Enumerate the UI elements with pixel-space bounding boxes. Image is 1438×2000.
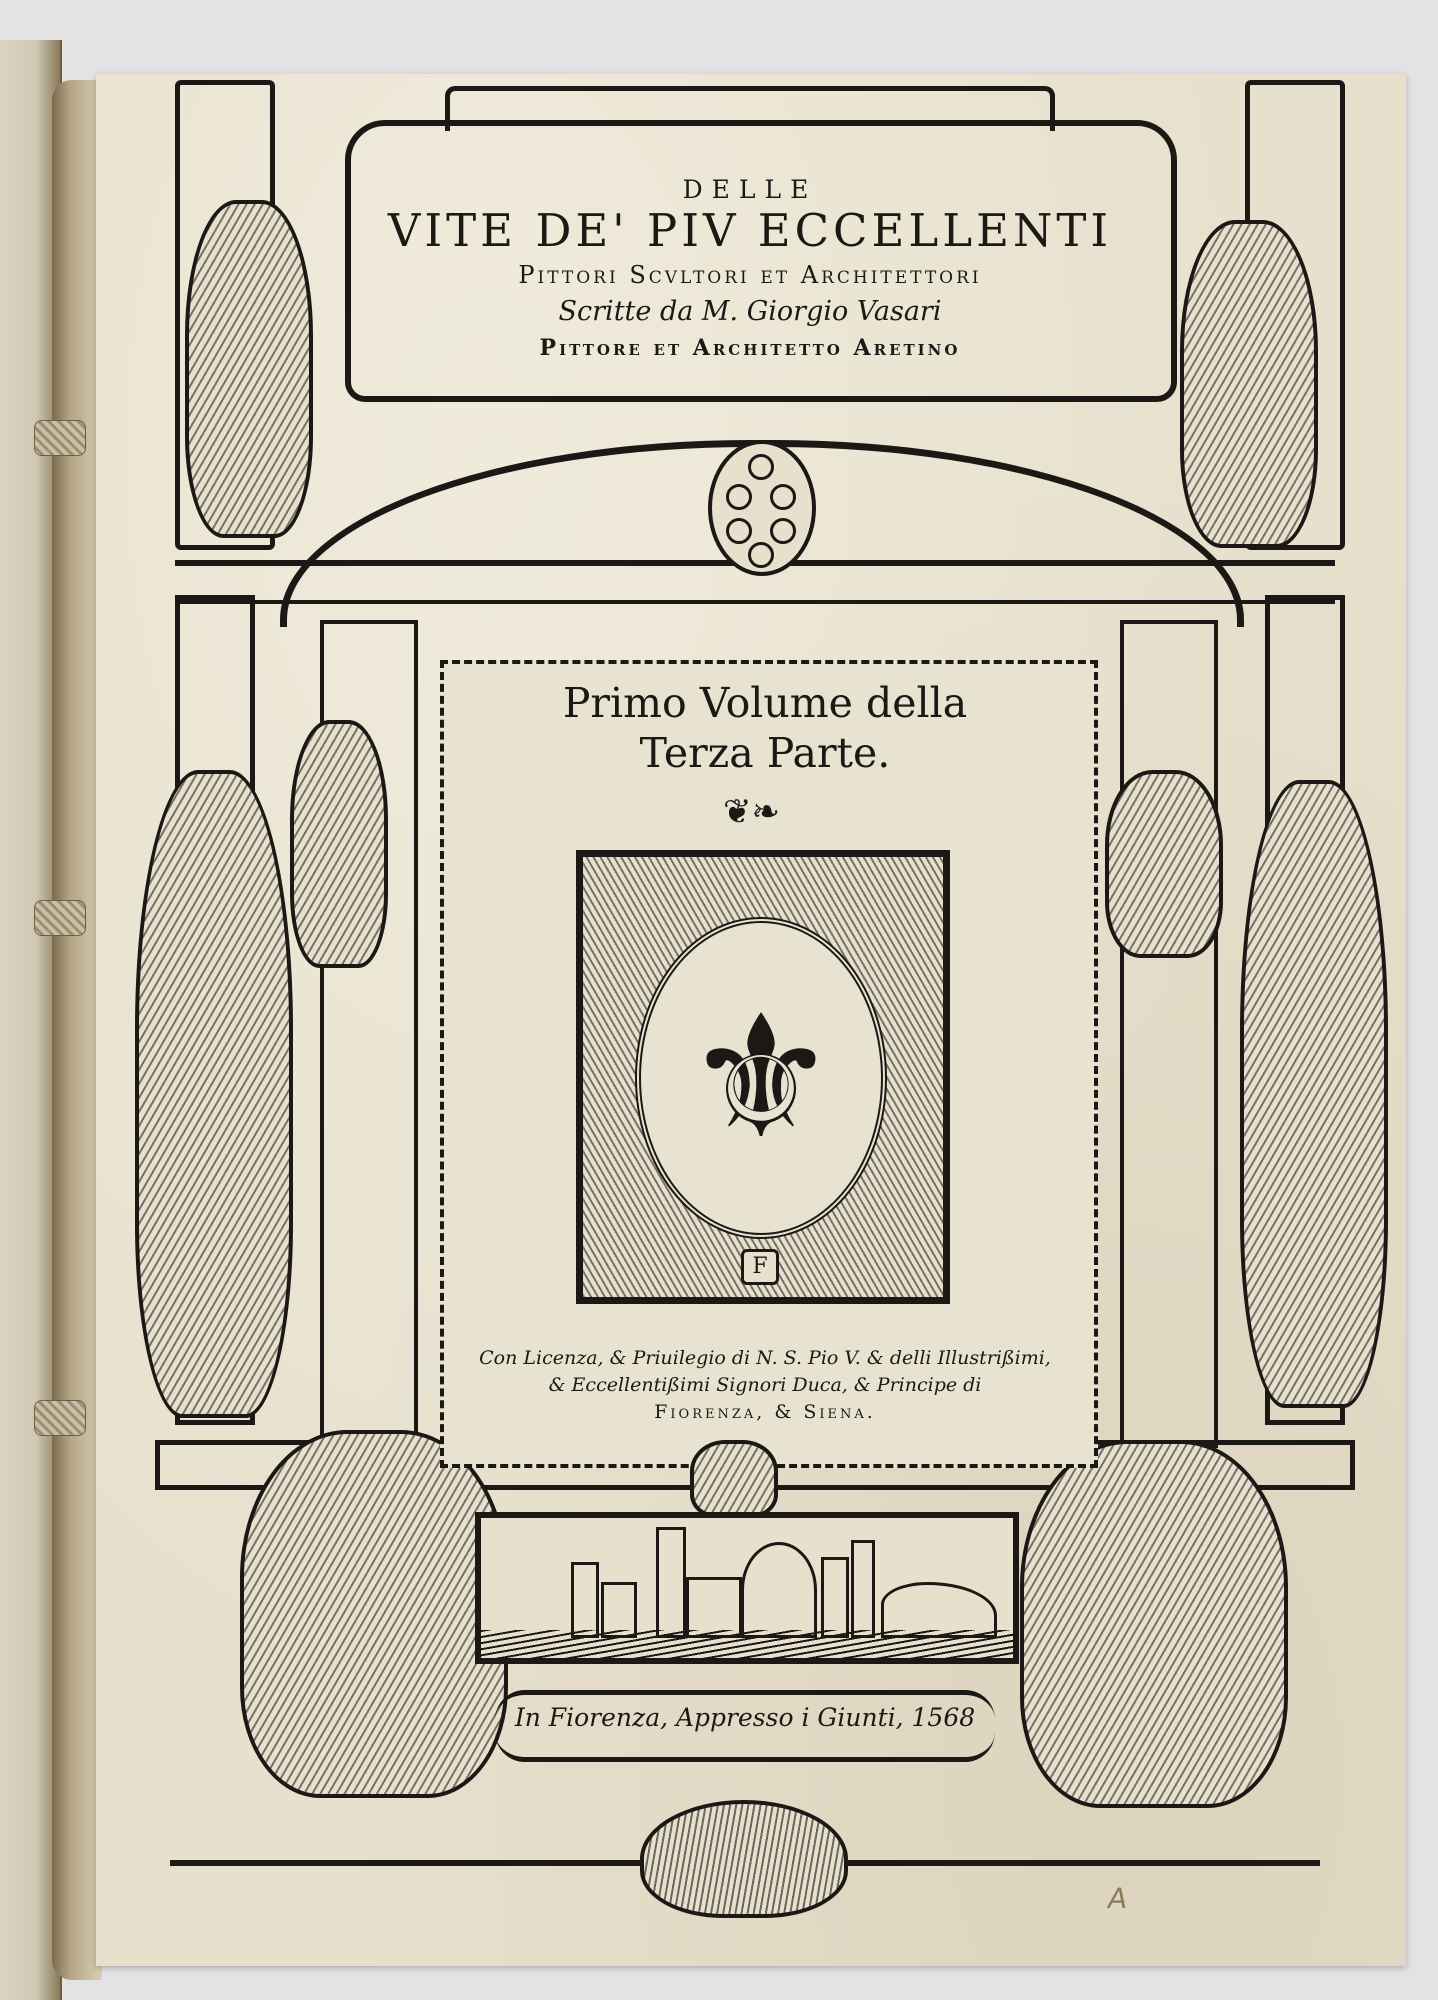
crest-ball [726,484,752,510]
device-oval: ⚜ [635,917,887,1239]
privilege-statement: Con Licenza, & Priuilegio di N. S. Pio V… [440,1345,1090,1426]
printers-device: ⚜ F [576,850,950,1304]
title-block: DELLE VITE DE' PIV ECCELLENTI Pittori Sc… [300,175,1200,365]
crest-ball [748,454,774,480]
putto-top-right [1180,220,1318,548]
privilege-line2: & Eccellentißimi Signori Duca, & Princip… [440,1372,1090,1399]
seated-figure-left [240,1430,508,1798]
cathedral-dome [741,1542,817,1638]
imprint: In Fiorenza, Appresso i Giunti, 1568 [495,1698,995,1738]
building [686,1577,742,1638]
title-delle: DELLE [300,175,1200,205]
title-author-role: Pittore et Architetto Aretino [300,331,1200,365]
tower [571,1562,599,1638]
ground [481,1630,1013,1658]
medici-crest [708,440,816,576]
river-god-right [1020,1440,1288,1808]
putto-mid-left [290,720,388,968]
crest-ball [770,518,796,544]
putto-top-left [185,200,313,538]
privilege-line1: Con Licenza, & Priuilegio di N. S. Pio V… [440,1345,1090,1372]
right-inner-frame [1120,620,1218,1448]
grotesque-mask [690,1440,778,1518]
tower [821,1557,849,1638]
privilege-line3: Fiorenza, & Siena. [440,1399,1090,1426]
title-author: Scritte da M. Giorgio Vasari [300,293,1200,331]
book-binding [52,80,102,1980]
title-subjects: Pittori Scvltori et Architettori [300,257,1200,293]
binding-cord [34,420,86,456]
crest-ball [770,484,796,510]
binding-cord [34,900,86,936]
crest-ball [748,542,774,568]
florentine-lily-icon: ⚜ [641,993,881,1163]
binding-cord [34,1400,86,1436]
title-main: VITE DE' PIV ECCELLENTI [300,205,1200,257]
putto-mid-right [1105,770,1223,958]
caryatid-left [135,770,293,1418]
volume-title: Primo Volume della Terza Parte. [440,678,1090,778]
crest-ball [726,518,752,544]
tower [656,1527,686,1638]
volume-title-line2: Terza Parte. [440,728,1090,778]
tower [851,1540,875,1638]
florence-city-view [475,1512,1019,1664]
winged-head [640,1800,848,1918]
volume-title-line1: Primo Volume della [440,678,1090,728]
caryatid-right [1240,780,1388,1408]
fleuron-icon: ❦❧ [723,795,780,829]
device-initial: F [741,1249,779,1285]
